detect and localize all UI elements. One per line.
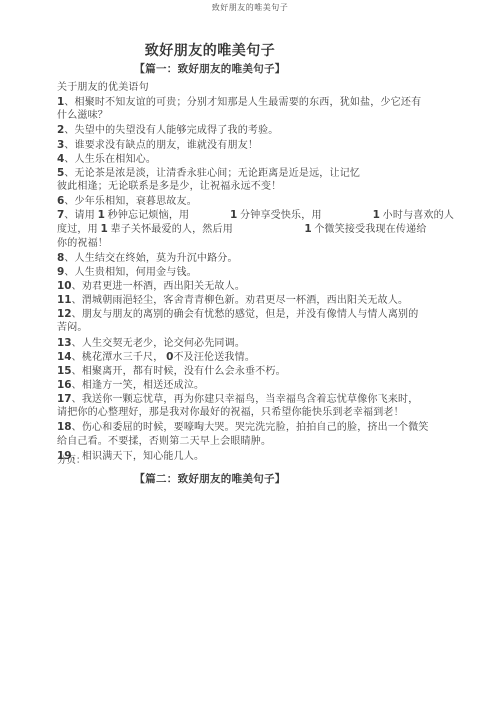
quote-line: 请把你的心整理好，那是我对你最好的祝福，只希望你能快乐到老幸福到老！ xyxy=(57,406,477,420)
quote-line: 19、相识满天下，知心能几人。 xyxy=(57,449,477,463)
quote-list: 关于朋友的优美语句 1、相聚时不知友谊的可贵；分别才知那是人生最需要的东西，犹如… xyxy=(57,81,477,463)
quote-line: 苦闷。 xyxy=(57,321,477,335)
quote-item: 11、渭城朝雨浥轻尘，客舍青青柳色新。劝君更尽一杯酒，西出阳关无故人。 xyxy=(57,293,477,307)
quote-line: 11、渭城朝雨浥轻尘，客舍青青柳色新。劝君更尽一杯酒，西出阳关无故人。 xyxy=(57,293,477,307)
quote-item: 3、谁要求没有缺点的朋友，谁就没有朋友！ xyxy=(57,138,477,152)
quote-line: 1、相聚时不知友谊的可贵；分别才知那是人生最需要的东西，犹如盐，少它还有 xyxy=(57,95,477,109)
document-title: 致好朋友的唯美句子 xyxy=(0,40,420,60)
document-page: 致好朋友的唯美句子 致好朋友的唯美句子 【篇一：致好朋友的唯美句子】 关于朋友的… xyxy=(0,0,500,707)
quote-item: 17、我送你一颗忘忧草，再为你建只幸福鸟，当幸福鸟含着忘忧草像你飞来时，请把你的… xyxy=(57,392,477,420)
quote-line: 什么滋味？ xyxy=(57,109,477,123)
quote-line: 12、朋友与朋友的离别的确会有忧愁的感觉，但是，并没有像情人与情人离别的 xyxy=(57,307,477,321)
quote-line: 你的祝福！ xyxy=(57,237,477,251)
quote-line: 6、少年乐相知，衰暮思故友。 xyxy=(57,194,477,208)
quote-line: 13、人生交契无老少，论交何必先同调。 xyxy=(57,336,477,350)
section-2-heading: 【篇二：致好朋友的唯美句子】 xyxy=(0,471,420,486)
quote-line: 17、我送你一颗忘忧草，再为你建只幸福鸟，当幸福鸟含着忘忧草像你飞来时， xyxy=(57,392,477,406)
quote-item: 4、人生乐在相知心。 xyxy=(57,152,477,166)
quote-item: 2、失望中的失望没有人能够完成得了我的考验。 xyxy=(57,123,477,137)
quote-line: 2、失望中的失望没有人能够完成得了我的考验。 xyxy=(57,123,477,137)
quote-item: 13、人生交契无老少，论交何必先同调。 xyxy=(57,336,477,350)
quote-item: 6、少年乐相知，衰暮思故友。 xyxy=(57,194,477,208)
quote-line: 9、人生贵相知，何用金与钱。 xyxy=(57,265,477,279)
quote-line: 15、相聚离开，都有时候，没有什么会永垂不朽。 xyxy=(57,364,477,378)
quote-line: 给自己看。不要揉，否则第二天早上会眼睛肿。 xyxy=(57,435,477,449)
quote-line: 7、请用 1 秒钟忘记烦恼，用 1 分钟享受快乐，用 1 小时与喜欢的人 xyxy=(57,208,477,222)
quote-item: 14、桃花潭水三千尺， 0不及汪伦送我情。 xyxy=(57,350,477,364)
quote-item: 10、劝君更进一杯酒，西出阳关无故人。 xyxy=(57,279,477,293)
quote-item: 12、朋友与朋友的离别的确会有忧愁的感觉，但是，并没有像情人与情人离别的苦闷。 xyxy=(57,307,477,335)
quote-line: 10、劝君更进一杯酒，西出阳关无故人。 xyxy=(57,279,477,293)
quote-line: 3、谁要求没有缺点的朋友，谁就没有朋友！ xyxy=(57,138,477,152)
quote-item: 16、相逢方一笑，相送还成泣。 xyxy=(57,378,477,392)
quote-item: 18、伤心和委屈的时候，要嚎啕大哭。哭完洗完脸，拍拍自己的脸，挤出一个微笑给自己… xyxy=(57,420,477,448)
pagination-label: 分页： xyxy=(57,455,86,467)
quote-line: 8、人生结交在终始，莫为升沉中路分。 xyxy=(57,251,477,265)
quote-line: 14、桃花潭水三千尺， 0不及汪伦送我情。 xyxy=(57,350,477,364)
quote-line: 16、相逢方一笑，相送还成泣。 xyxy=(57,378,477,392)
intro-line: 关于朋友的优美语句 xyxy=(57,81,477,95)
quote-item: 1、相聚时不知友谊的可贵；分别才知那是人生最需要的东西，犹如盐，少它还有什么滋味… xyxy=(57,95,477,123)
quote-line: 彼此相逢；无论联系是多是少，让祝福永远不变！ xyxy=(57,180,477,194)
quote-item: 5、无论茶是浓是淡，让清香永驻心间；无论距离是近是远，让记忆彼此相逢；无论联系是… xyxy=(57,166,477,194)
quote-item: 9、人生贵相知，何用金与钱。 xyxy=(57,265,477,279)
quote-line: 18、伤心和委屈的时候，要嚎啕大哭。哭完洗完脸，拍拍自己的脸，挤出一个微笑 xyxy=(57,420,477,434)
quote-item: 19、相识满天下，知心能几人。 xyxy=(57,449,477,463)
quote-line: 4、人生乐在相知心。 xyxy=(57,152,477,166)
quote-line: 5、无论茶是浓是淡，让清香永驻心间；无论距离是近是远，让记忆 xyxy=(57,166,477,180)
quote-item: 15、相聚离开，都有时候，没有什么会永垂不朽。 xyxy=(57,364,477,378)
running-header: 致好朋友的唯美句子 xyxy=(0,2,500,13)
quote-line: 度过，用 1 辈子关怀最爱的人，然后用 1 个微笑接受我现在传递给 xyxy=(57,222,477,236)
quote-item: 7、请用 1 秒钟忘记烦恼，用 1 分钟享受快乐，用 1 小时与喜欢的人度过，用… xyxy=(57,208,477,250)
quote-item: 8、人生结交在终始，莫为升沉中路分。 xyxy=(57,251,477,265)
section-1-heading: 【篇一：致好朋友的唯美句子】 xyxy=(0,61,420,76)
